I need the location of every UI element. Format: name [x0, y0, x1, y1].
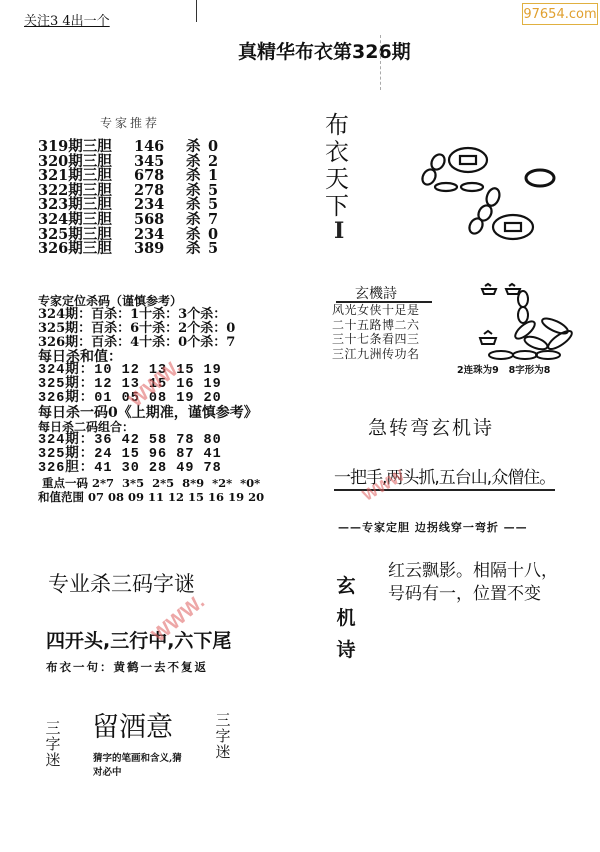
two-code-heading: 每日杀二码组合： — [38, 420, 264, 434]
list-item: 324期：百杀：1十杀：3个杀： — [38, 308, 264, 322]
list-item: 325期：24 15 96 87 41 — [38, 448, 264, 462]
one-code-heading: 每日杀一码0《上期准，谨慎参考》 — [38, 406, 264, 420]
riddle-hint: 猜字的笔画和含义,猜对必中 — [93, 752, 183, 780]
position-kill-heading: 专家定位杀码（谨慎参考） — [38, 294, 264, 308]
poem-line: 三十七条看四三 — [332, 332, 420, 347]
site-badge[interactable]: 97654.com — [522, 3, 598, 25]
list-item: 326期三胆389杀5 — [38, 242, 218, 257]
page-title: 真精华布衣第326期 — [238, 37, 411, 64]
poem-title: 玄機詩 — [355, 283, 397, 303]
xuanji-text: 红云飘影。相隔十八， 号码有一，位置不变 — [388, 560, 558, 606]
beads-diagram — [470, 282, 580, 362]
poem-lines: 风光女侠十足是 二十五路博二六 三十七条看四三 三江九洲传功名 — [332, 303, 420, 361]
riddle-poem-title: 急转弯玄机诗 — [368, 413, 494, 440]
buyi-mark: I — [334, 218, 344, 244]
riddle-word: 留酒意 — [92, 705, 173, 744]
riddle-label-right: 三字迷 — [214, 712, 232, 760]
top-note: 关注3 4出一个 — [24, 10, 110, 29]
expert-dan-line: ——专家定胆 边拐线穿一弯折 —— — [338, 519, 528, 535]
xuanji-line: 号码有一，位置不变 — [388, 583, 558, 606]
poem-line: 二十五路博二六 — [332, 318, 420, 333]
expert-heading: 专家推荐 — [100, 114, 160, 131]
kill-three-clue: 四开头,三行中,六下尾 — [46, 626, 231, 653]
list-item: 324期：36 42 58 78 80 — [38, 434, 264, 448]
sum-kill-heading: 每日杀和值： — [38, 350, 264, 364]
divider — [196, 0, 197, 22]
three-dan-list: 319期三胆146杀0 320期三胆345杀2 321期三胆678杀1 322期… — [38, 140, 218, 257]
diagram-caption: 2连珠为9 8字形为8 — [457, 362, 550, 376]
xuanji-line: 红云飘影。相隔十八， — [388, 560, 558, 583]
key-code-row: 重点一码 2*7 3*5 2*5 8*9 *2* *0* — [38, 476, 264, 490]
xuanji-vertical-title: 玄机诗 — [334, 570, 358, 666]
riddle-label-left: 三字迷 — [44, 720, 62, 768]
kill-three-title: 专业杀三码字谜 — [48, 568, 195, 598]
dashed-divider — [380, 35, 381, 90]
poem-line: 风光女侠十足是 — [332, 303, 420, 318]
list-item: 326期：百杀：4十杀：0个杀：7 — [38, 336, 264, 350]
poem-line: 三江九洲传功名 — [332, 347, 420, 362]
list-item: 326胆：41 30 28 49 78 — [38, 462, 264, 476]
sum-range-row: 和值范围 07 08 09 11 12 15 16 19 20 — [38, 490, 264, 504]
list-item: 325期：百杀：6十杀：2个杀：0 — [38, 322, 264, 336]
buyi-vertical-title: 布衣天下 — [322, 112, 352, 220]
kill-three-subtitle: 布衣一句：黄鹤一去不复返 — [46, 659, 208, 675]
coin-chain-diagram — [410, 140, 560, 245]
